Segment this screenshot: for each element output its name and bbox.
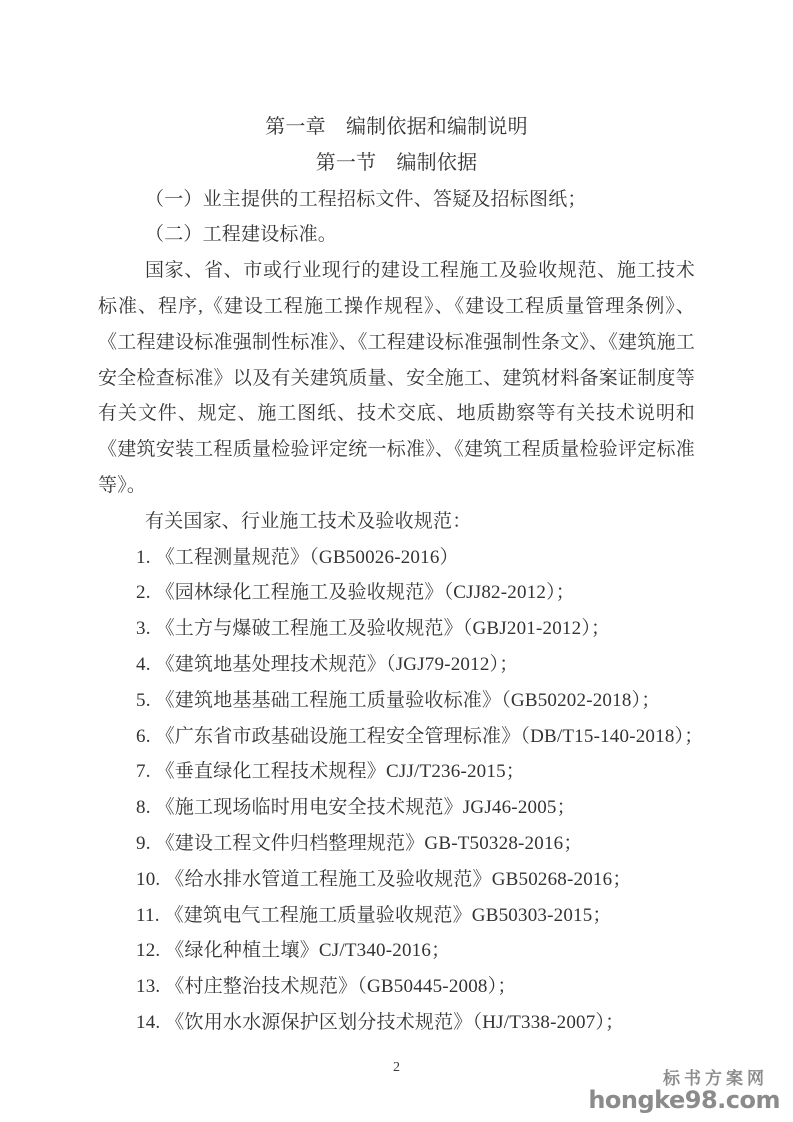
body-paragraph: 国家、省、市或行业现行的建设工程施工及验收规范、施工技术标准、程序,《建设工程施… — [98, 253, 695, 504]
standards-list-intro: 有关国家、行业施工技术及验收规范： — [98, 504, 695, 540]
standard-item-10: 10. 《给水排水管道工程施工及验收规范》GB50268-2016； — [98, 862, 695, 898]
standard-item-2: 2. 《园林绿化工程施工及验收规范》（CJJ82-2012）； — [98, 575, 695, 611]
section-title: 第一节 编制依据 — [98, 146, 695, 182]
standard-item-12: 12. 《绿化种植土壤》CJ/T340-2016； — [98, 933, 695, 969]
standard-item-11: 11. 《建筑电气工程施工质量验收规范》GB50303-2015； — [98, 898, 695, 934]
standard-item-13: 13. 《村庄整治技术规范》（GB50445-2008）； — [98, 969, 695, 1005]
clause-item-1: （一）业主提供的工程招标文件、答疑及招标图纸； — [98, 182, 695, 218]
standard-item-14: 14. 《饮用水水源保护区划分技术规范》（HJ/T338-2007）； — [98, 1005, 695, 1041]
standard-item-9: 9. 《建设工程文件归档整理规范》GB-T50328-2016； — [98, 826, 695, 862]
clause-item-2: （二）工程建设标准。 — [98, 217, 695, 253]
document-content: 第一章 编制依据和编制说明 第一节 编制依据 （一）业主提供的工程招标文件、答疑… — [98, 110, 695, 1041]
standard-item-7: 7. 《垂直绿化工程技术规程》CJJ/T236-2015； — [98, 754, 695, 790]
chapter-title: 第一章 编制依据和编制说明 — [98, 110, 695, 146]
watermark: 标书方案网 hongke98.com — [588, 1070, 780, 1114]
standard-item-4: 4. 《建筑地基处理技术规范》（JGJ79-2012）； — [98, 647, 695, 683]
standard-item-8: 8. 《施工现场临时用电安全技术规范》JGJ46-2005； — [98, 790, 695, 826]
standard-item-6: 6. 《广东省市政基础设施工程安全管理标准》（DB/T15-140-2018）； — [98, 719, 695, 755]
document-page: 第一章 编制依据和编制说明 第一节 编制依据 （一）业主提供的工程招标文件、答疑… — [0, 0, 793, 1122]
standard-item-1: 1. 《工程测量规范》（GB50026-2016） — [98, 540, 695, 576]
standard-item-5: 5. 《建筑地基基础工程施工质量验收标准》（GB50202-2018）； — [98, 683, 695, 719]
watermark-site-url: hongke98.com — [588, 1088, 780, 1114]
standard-item-3: 3. 《土方与爆破工程施工及验收规范》（GBJ201-2012）； — [98, 611, 695, 647]
